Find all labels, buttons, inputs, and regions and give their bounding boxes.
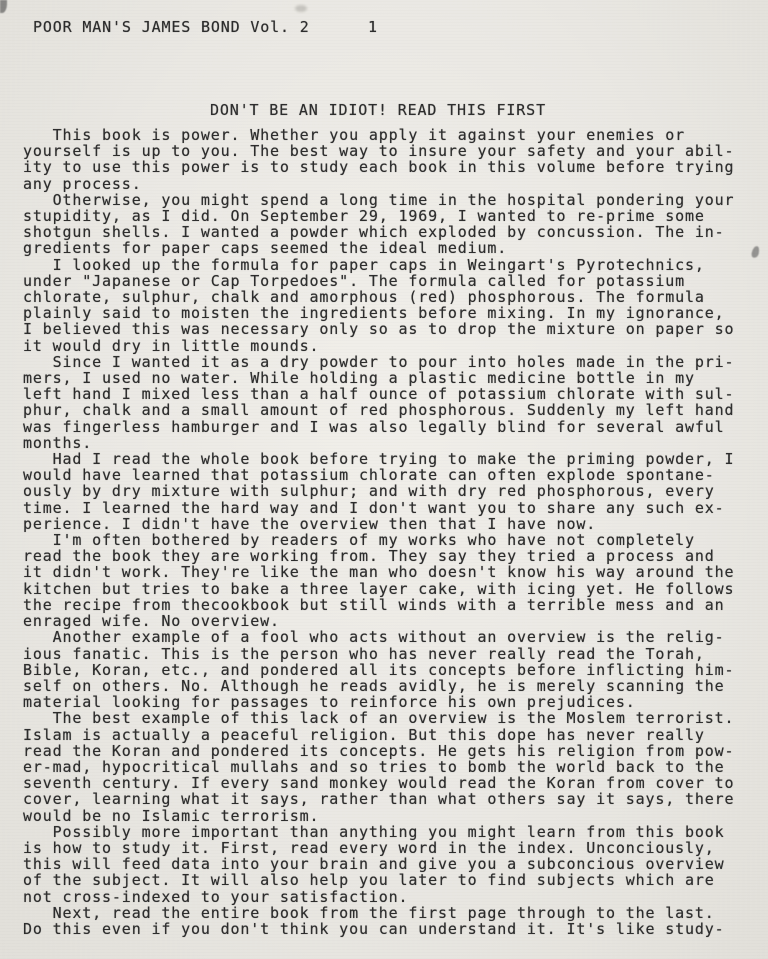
- paragraph: Since I wanted it as a dry powder to pou…: [23, 354, 734, 451]
- scan-smudge-top-left: [0, 0, 7, 13]
- paragraph: I looked up the formula for paper caps i…: [23, 257, 734, 354]
- section-heading: DON'T BE AN IDIOT! READ THIS FIRST: [210, 101, 546, 119]
- page-number: 1: [368, 18, 378, 36]
- scanned-page: POOR MAN'S JAMES BOND Vol. 2 1 DON'T BE …: [0, 0, 768, 959]
- scan-smudge-right-edge: [751, 245, 761, 258]
- paragraph: Another example of a fool who acts witho…: [23, 629, 734, 710]
- running-header: POOR MAN'S JAMES BOND Vol. 2: [33, 18, 310, 36]
- scan-smudge-header: [295, 5, 307, 12]
- paragraph: I'm often bothered by readers of my work…: [23, 532, 734, 629]
- paragraph: Had I read the whole book before trying …: [23, 451, 734, 532]
- paragraph: Otherwise, you might spend a long time i…: [23, 192, 734, 257]
- document-body: This book is power. Whether you apply it…: [23, 127, 734, 937]
- paragraph: Possibly more important than anything yo…: [23, 824, 734, 905]
- paragraph: This book is power. Whether you apply it…: [23, 127, 734, 192]
- paragraph: Next, read the entire book from the firs…: [23, 905, 734, 937]
- paragraph: The best example of this lack of an over…: [23, 710, 734, 823]
